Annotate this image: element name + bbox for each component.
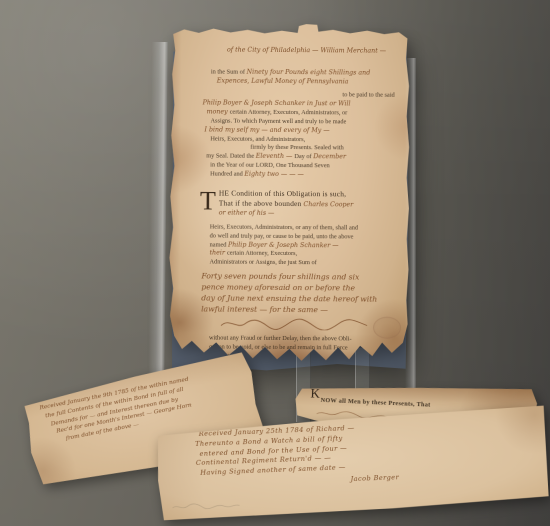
text-line: Hundred and Eighty two — — —	[210, 170, 398, 180]
printed-text: without any Fraud or further Delay, then…	[209, 335, 352, 343]
handwriting-flourish	[219, 318, 369, 331]
printed-text: HE Condition of this Obligation is such,	[219, 188, 346, 198]
handwritten-text: Charles Cooper	[303, 201, 353, 208]
bond-paper: of the City of Philadelphia — William Me…	[165, 23, 411, 365]
printed-text: to be paid to the said	[342, 92, 394, 99]
handwritten-text: Philip Boyer & Joseph Schanker in Just o…	[203, 100, 351, 108]
printed-text: Heirs, Executors, and Administrators,	[210, 135, 305, 143]
bond-document: of the City of Philadelphia — William Me…	[165, 23, 411, 365]
handwritten-text: December	[313, 153, 346, 160]
printed-text: Administrators or Assigns, the just Sum …	[209, 259, 316, 267]
printed-text: Day of	[294, 153, 313, 160]
condition-paragraph: Heirs, Executors, Administrators, or any…	[209, 223, 397, 268]
photograph-of-documents: of the City of Philadelphia — William Me…	[0, 0, 550, 526]
bond-text: of the City of Philadelphia — William Me…	[195, 31, 399, 356]
handwritten-text: money	[207, 108, 230, 115]
handwritten-text: of the City of Philadelphia — William Me…	[227, 47, 386, 55]
printed-text: gation to be void, or else to be and rem…	[209, 344, 348, 352]
condition-lines: HE Condition of this Obligation is such,…	[200, 188, 398, 220]
handwritten-text: Philip Boyer & Joseph Schanker —	[228, 241, 339, 249]
handwritten-text: their	[210, 250, 227, 257]
payment-note-document: Received January 25th 1784 of Richard —T…	[154, 405, 550, 522]
printed-text: Heirs, Executors, Administrators, or any…	[210, 223, 358, 231]
handwritten-text: I bind my self my — and every of My —	[204, 126, 329, 134]
printed-text: firmly by these Presents. Sealed with	[250, 144, 343, 152]
handwritten-text: Expences, Lawful Money of Pennsylvania	[217, 77, 349, 85]
printed-text: do well and truly pay, or cause to be pa…	[210, 232, 354, 240]
payment-note-paper: Received January 25th 1784 of Richard —T…	[154, 405, 550, 522]
sum-handwritten-block: Forty seven pounds four shillings and si…	[201, 271, 397, 316]
text-line: or either of his —	[206, 210, 398, 220]
printed-text: That if the above bounden	[219, 199, 304, 209]
handwritten-text: pence money aforesaid on or before the	[201, 282, 355, 292]
printed-text: Hundred and	[210, 170, 244, 177]
printed-text: my Seal. Dated the	[206, 153, 256, 160]
handwritten-text: Eighty two — — —	[244, 170, 303, 177]
handwritten-text: Eleventh —	[256, 153, 295, 160]
handwritten-text: Forty seven pounds four shillings and si…	[201, 271, 359, 281]
condition-clause: T HE Condition of this Obligation is suc…	[200, 188, 398, 220]
drop-cap-K: K	[310, 388, 320, 398]
handwritten-text: Ninety four Pounds eight Shillings and	[247, 69, 371, 77]
pencil-inscription-flourish	[171, 500, 241, 511]
printed-text: named	[210, 241, 228, 248]
handwritten-text: day of June next ensuing the date hereof…	[201, 293, 377, 303]
bond-opening-lines: of the City of Philadelphia — William Me…	[196, 46, 399, 180]
drop-cap-T: T	[200, 190, 216, 211]
know-strip-headline: NOW all Men by these Presents, That	[320, 397, 430, 409]
handwritten-text: or either of his —	[219, 210, 275, 217]
text-line: Administrators or Assigns, the just Sum …	[209, 259, 397, 269]
text-line: lawful interest — for the same —	[201, 304, 397, 316]
printed-text: certain Attorney, Executors, Administrat…	[230, 109, 348, 117]
printed-text: Assigns. To which Payment well and truly…	[210, 117, 346, 125]
text-line: Expences, Lawful Money of Pennsylvania	[217, 77, 399, 87]
printed-text: in the Year of our LORD, One Thousand Se…	[210, 161, 330, 169]
handwritten-text: lawful interest — for the same —	[201, 304, 328, 314]
embossed-seal	[373, 317, 401, 339]
printed-text: in the Sum of	[211, 68, 247, 75]
text-line: of the City of Philadelphia — William Me…	[227, 47, 399, 57]
payment-note-text: Received January 25th 1784 of Richard —T…	[199, 417, 539, 491]
printed-text: certain Attorney, Executors,	[227, 250, 297, 257]
